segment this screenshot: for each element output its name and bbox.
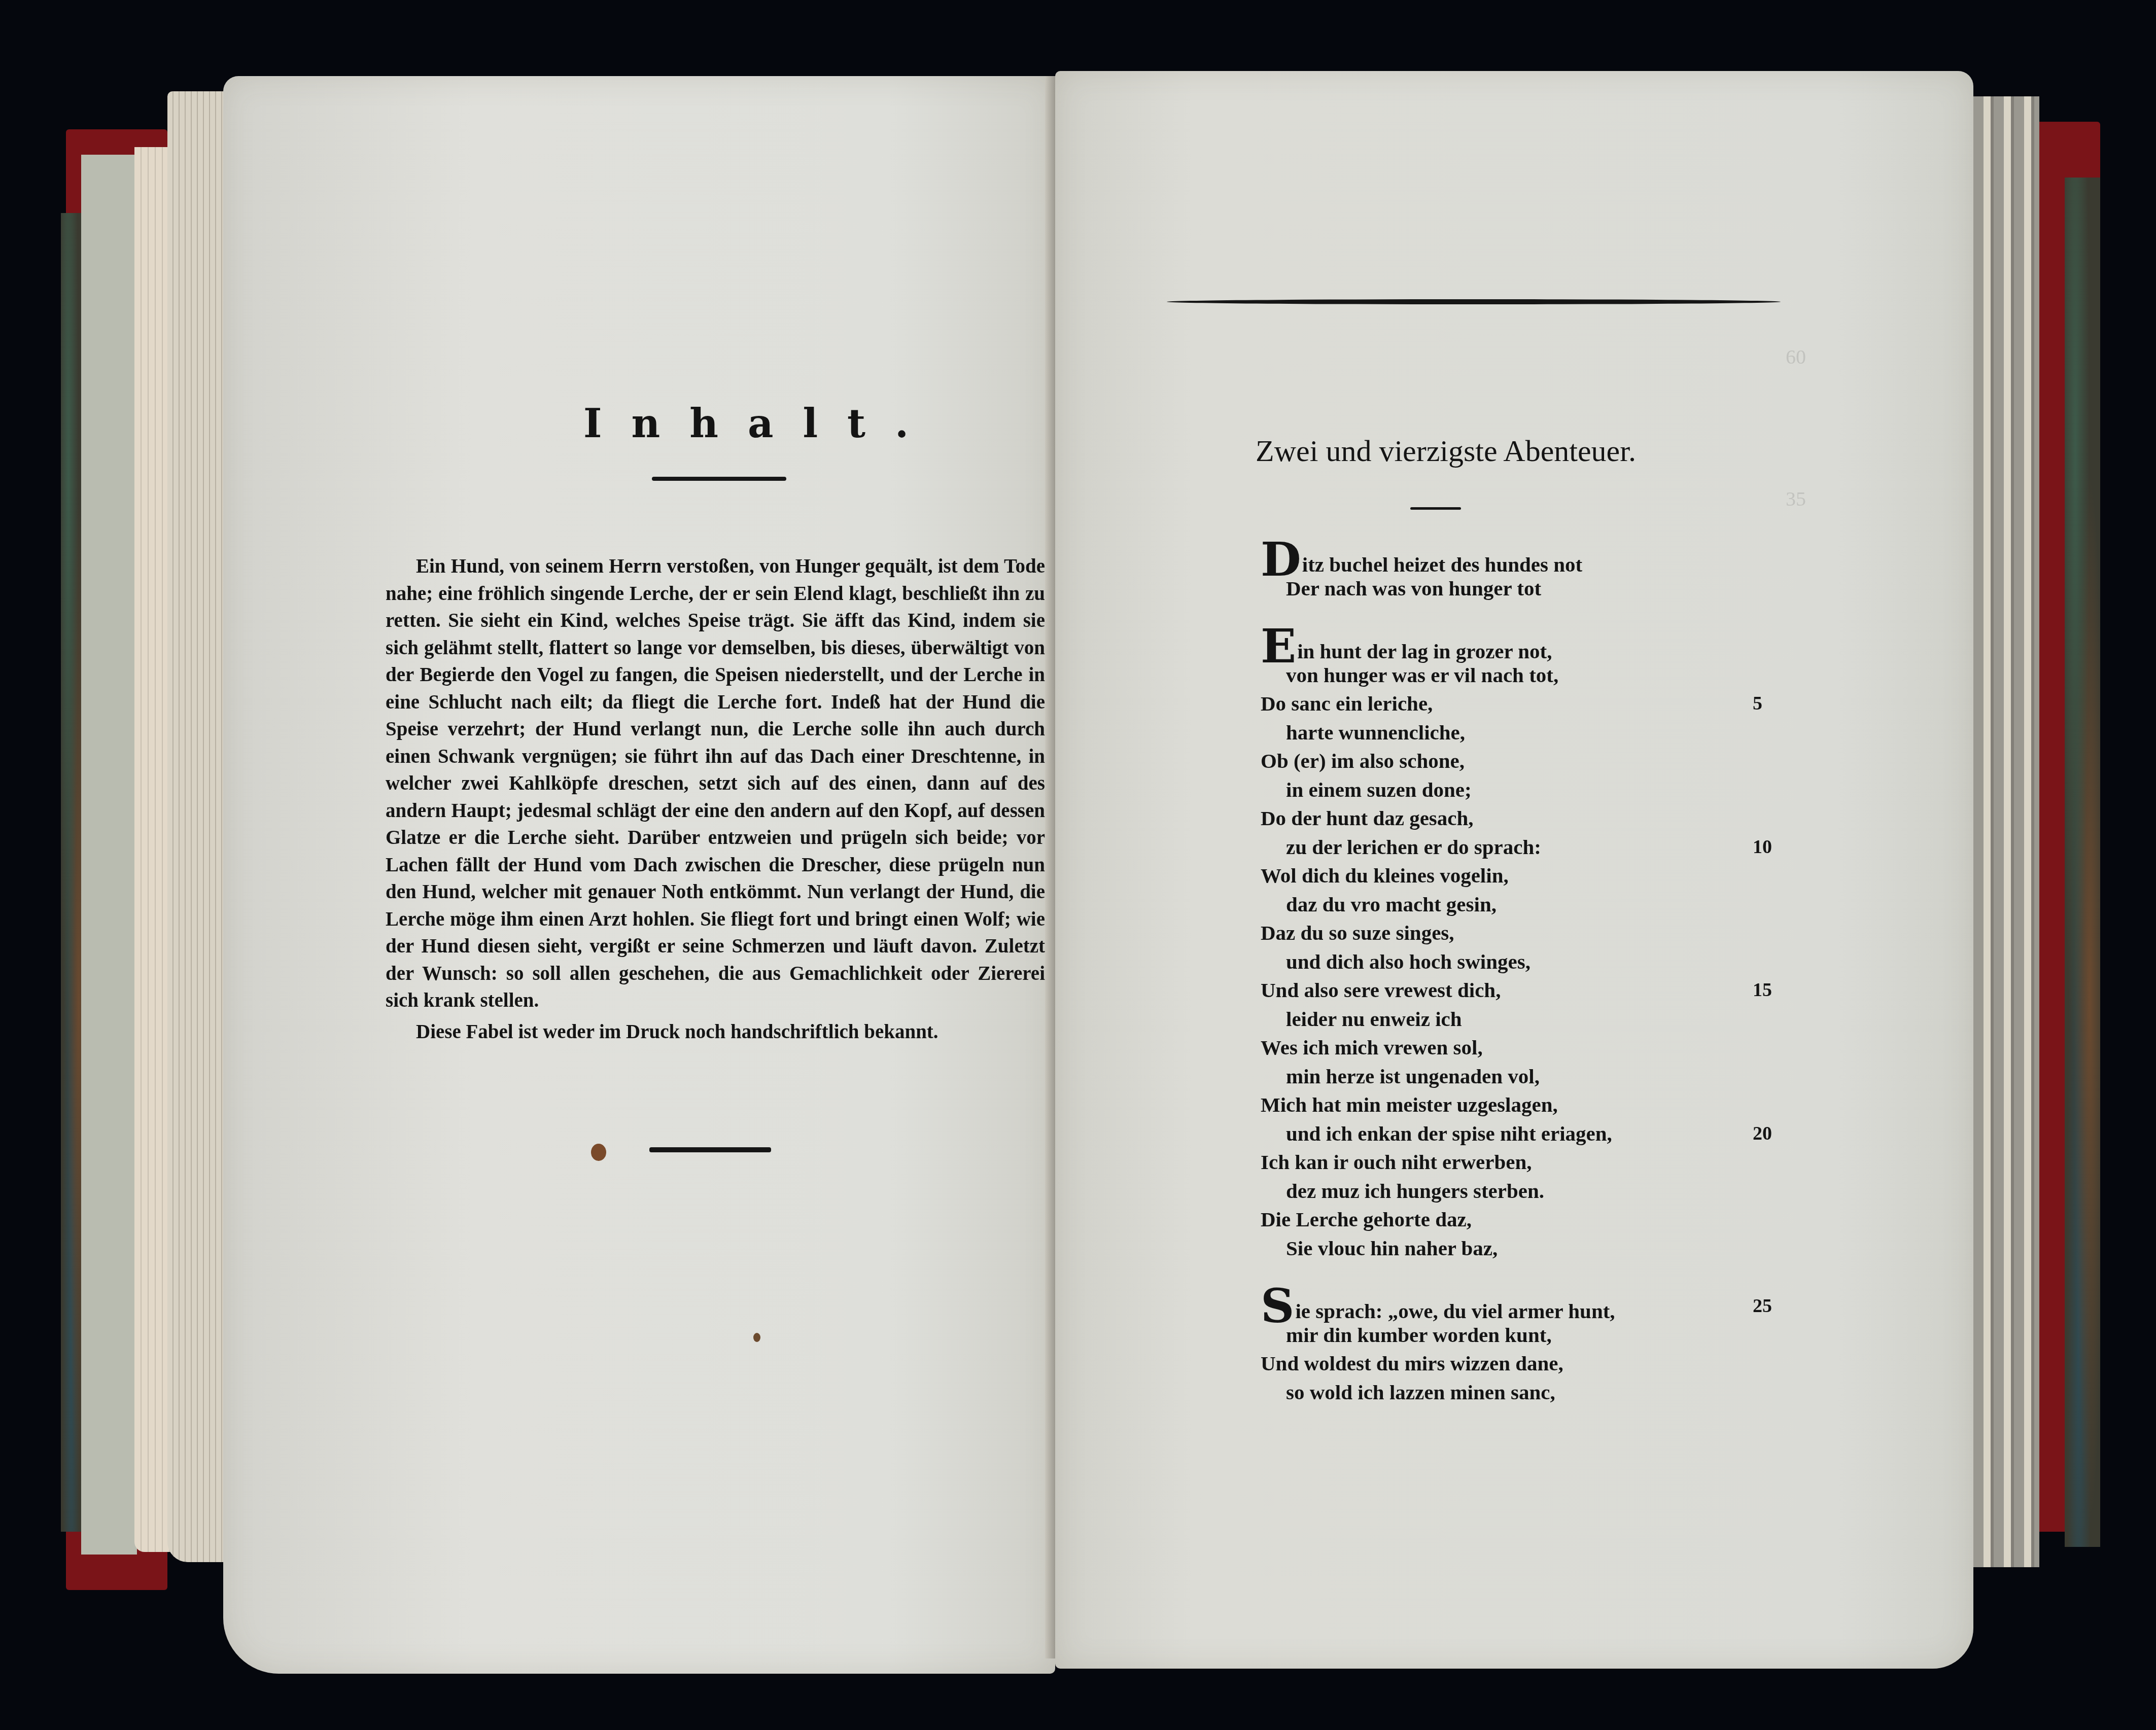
verse-line: Do sanc ein leriche,5 (1261, 689, 1819, 718)
drop-initial: E (1261, 632, 1296, 660)
verse-text: in einem suzen done; (1286, 778, 1472, 801)
verse-text: Sie vlouc hin naher baz, (1286, 1237, 1498, 1260)
verse-text: Der nach was von hunger tot (1286, 577, 1541, 600)
verse-text: von hunger was er vil nach tot, (1286, 663, 1558, 687)
verse-text: und ich enkan der spise niht eriagen, (1286, 1122, 1612, 1145)
endpaper-left (81, 155, 137, 1555)
drop-initial: S (1261, 1292, 1294, 1320)
chapter-rule (1410, 507, 1461, 510)
verse-line: Ich kan ir ouch niht erwerben, (1261, 1148, 1819, 1177)
verse-line: min herze ist ungenaden vol, (1261, 1062, 1819, 1091)
verse-line: daz du vro macht gesin, (1261, 890, 1819, 919)
verse-text: Wol dich du kleines vogelin, (1261, 864, 1509, 887)
verse-line: leider nu enweiz ich (1261, 1005, 1819, 1034)
verse-text: ie sprach: „owe, du viel armer hunt, (1295, 1299, 1615, 1323)
chapter-title: Zwei und vierzigste Abenteuer. (1243, 434, 1649, 469)
verse-text: Und woldest du mirs wizzen dane, (1261, 1352, 1563, 1375)
verse-text: mir din kumber worden kunt, (1286, 1323, 1552, 1347)
verse-line: Ditz buchel heizet des hundes not (1261, 545, 1819, 574)
verse-text: Do sanc ein leriche, (1261, 692, 1433, 715)
verse-text: Wes ich mich vrewen sol, (1261, 1036, 1483, 1059)
verse-text: harte wunnencliche, (1286, 721, 1465, 744)
stanza: Ein hunt der lag in grozer not,von hunge… (1261, 632, 1819, 1262)
foxing-spot (753, 1333, 760, 1342)
verse-text: Mich hat min meister uzgeslagen, (1261, 1093, 1558, 1116)
verse-line: Do der hunt daz gesach, (1261, 804, 1819, 833)
verse-text: so wold ich lazzen minen sanc, (1286, 1381, 1555, 1404)
verse-text: Ich kan ir ouch niht erwerben, (1261, 1150, 1532, 1174)
verse-text: Daz du so suze singes, (1261, 921, 1454, 944)
verse-line: Ein hunt der lag in grozer not, (1261, 632, 1819, 661)
line-number: 10 (1753, 833, 1772, 862)
summary-paragraph: Ein Hund, von seinem Herrn verstoßen, vo… (386, 553, 1045, 1014)
page-edges-left (167, 91, 228, 1562)
stanza: Sie sprach: „owe, du viel armer hunt,25m… (1261, 1292, 1819, 1406)
closing-rule (649, 1147, 771, 1152)
summary-text: Ein Hund, von seinem Herrn verstoßen, vo… (386, 553, 1045, 1045)
verse-line: zu der lerichen er do sprach:10 (1261, 833, 1819, 862)
poem-text: Ditz buchel heizet des hundes notDer nac… (1261, 545, 1819, 1436)
verse-line: Die Lerche gehorte daz, (1261, 1205, 1819, 1234)
verse-text: Und also sere vrewest dich, (1261, 978, 1501, 1002)
verse-text: leider nu enweiz ich (1286, 1007, 1462, 1031)
verse-line: Wes ich mich vrewen sol, (1261, 1033, 1819, 1062)
verse-line: Und woldest du mirs wizzen dane, (1261, 1349, 1819, 1378)
verse-line: Sie vlouc hin naher baz, (1261, 1234, 1819, 1263)
page-edges-right (1973, 96, 2039, 1567)
show-through-text: 60 (1786, 345, 1806, 369)
verse-text: dez muz ich hungers sterben. (1286, 1179, 1544, 1203)
foxing-spot (591, 1144, 606, 1161)
heading-rule (652, 477, 786, 481)
verse-text: min herze ist ungenaden vol, (1286, 1065, 1540, 1088)
line-number: 5 (1753, 689, 1762, 718)
verse-line: Daz du so suze singes, (1261, 919, 1819, 947)
page-heading-inhalt: Inhalt. (583, 401, 837, 447)
verse-line: und dich also hoch swinges, (1261, 947, 1819, 976)
top-rule (1167, 299, 1781, 304)
verse-line: so wold ich lazzen minen sanc, (1261, 1378, 1819, 1407)
verse-line: mir din kumber worden kunt, (1261, 1321, 1819, 1350)
stanza: Ditz buchel heizet des hundes notDer nac… (1261, 545, 1819, 603)
verse-line: in einem suzen done; (1261, 775, 1819, 804)
verse-line: und ich enkan der spise niht eriagen,20 (1261, 1119, 1819, 1148)
verse-line: Der nach was von hunger tot (1261, 574, 1819, 603)
verse-text: und dich also hoch swinges, (1286, 950, 1531, 973)
show-through-text: 35 (1786, 487, 1806, 511)
verse-line: harte wunnencliche, (1261, 718, 1819, 747)
line-number: 15 (1753, 976, 1772, 1005)
marbled-board-right (2065, 178, 2100, 1547)
verse-text: zu der lerichen er do sprach: (1286, 835, 1541, 859)
verse-text: Die Lerche gehorte daz, (1261, 1208, 1472, 1231)
verse-line: Mich hat min meister uzgeslagen, (1261, 1090, 1819, 1119)
provenance-note: Diese Fabel ist weder im Druck noch hand… (386, 1018, 1045, 1046)
verse-text: in hunt der lag in grozer not, (1297, 640, 1552, 663)
verse-text: daz du vro macht gesin, (1286, 893, 1497, 916)
verse-line: Ob (er) im also schone, (1261, 747, 1819, 775)
verse-text: itz buchel heizet des hundes not (1302, 553, 1582, 576)
verse-line: von hunger was er vil nach tot, (1261, 661, 1819, 690)
drop-initial: D (1261, 545, 1301, 574)
verse-line: Wol dich du kleines vogelin, (1261, 861, 1819, 890)
line-number: 20 (1753, 1119, 1772, 1148)
line-number: 25 (1753, 1292, 1772, 1321)
verse-line: dez muz ich hungers sterben. (1261, 1177, 1819, 1206)
verse-text: Ob (er) im also schone, (1261, 749, 1465, 772)
verse-line: Sie sprach: „owe, du viel armer hunt,25 (1261, 1292, 1819, 1321)
verse-text: Do der hunt daz gesach, (1261, 806, 1474, 830)
verse-line: Und also sere vrewest dich,15 (1261, 976, 1819, 1005)
